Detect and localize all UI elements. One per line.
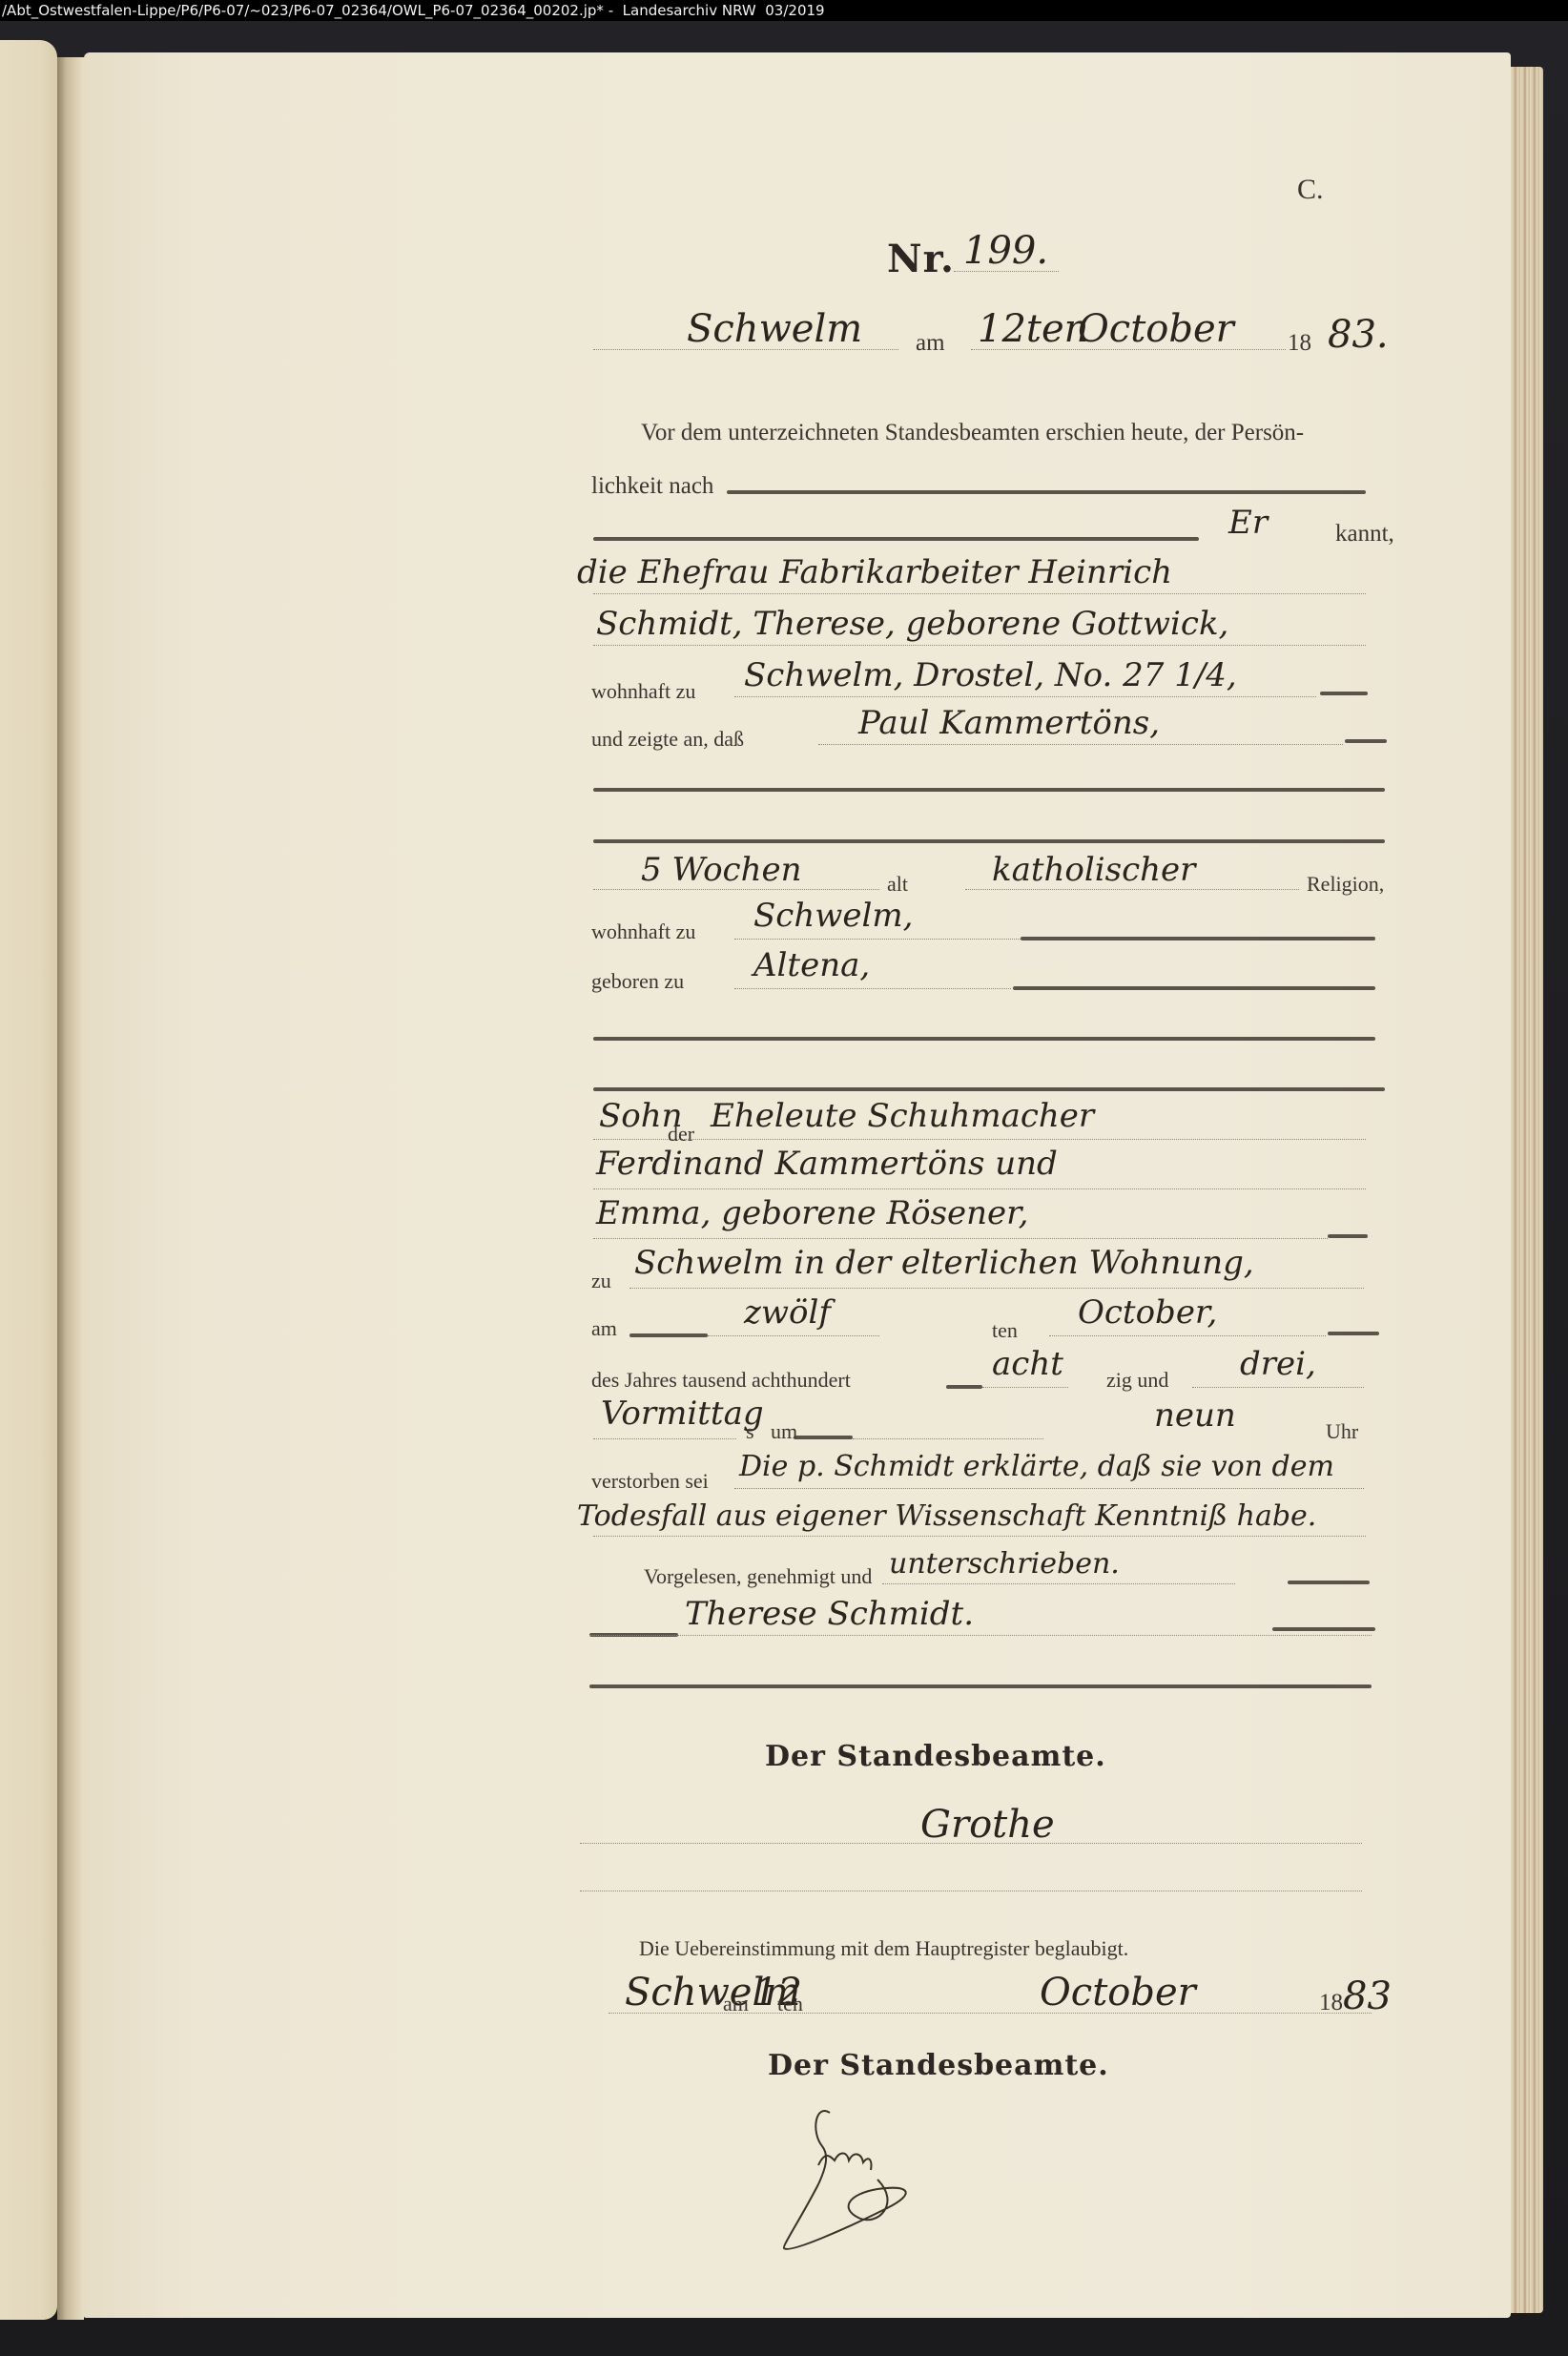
intro-line-2: lichkeit nach xyxy=(591,473,713,500)
parents-line-2: Ferdinand Kammertöns und xyxy=(596,1145,1058,1183)
time-um: um xyxy=(771,1419,797,1444)
informant-line-1: die Ehefrau Fabrikarbeiter Heinrich xyxy=(577,553,1172,591)
fill-rule xyxy=(1272,1627,1375,1631)
ruled-line xyxy=(593,593,1366,594)
record-year-prefix: 18 xyxy=(1288,330,1311,357)
parents-line-1: Eheleute Schuhmacher xyxy=(711,1097,1094,1135)
signature-flourish-icon xyxy=(734,2094,944,2265)
ruled-line xyxy=(580,1891,1362,1891)
ruled-line xyxy=(1192,1387,1364,1388)
record-month: October xyxy=(1078,307,1234,351)
record-place: Schwelm xyxy=(687,307,862,351)
fill-rule xyxy=(629,1333,708,1337)
fill-rule xyxy=(1320,692,1368,695)
fill-rule xyxy=(1288,1581,1370,1584)
age-value: 5 Wochen xyxy=(641,851,802,889)
year-label: des Jahres tausend achthundert xyxy=(591,1368,851,1393)
cert-signature-flourish xyxy=(734,2094,944,2265)
birthplace-label: geboren zu xyxy=(591,969,684,994)
death-day-value: zwölf xyxy=(744,1293,831,1332)
death-place-value: Schwelm in der elterlichen Wohnung, xyxy=(634,1244,1254,1282)
note-line-1: Die p. Schmidt erklärte, daß sie von dem xyxy=(739,1450,1334,1483)
time-s: s xyxy=(746,1419,754,1444)
year-zig: zig und xyxy=(1106,1368,1168,1393)
ruled-line xyxy=(629,1288,1364,1289)
section-letter: C. xyxy=(1297,174,1324,206)
ruled-line xyxy=(593,1188,1366,1189)
fill-rule xyxy=(1328,1332,1379,1335)
deceased-name: Paul Kammertöns, xyxy=(858,704,1160,742)
ruled-line xyxy=(593,645,1366,646)
read-label: Vorgelesen, genehmigt und xyxy=(644,1564,872,1589)
cert-ten: ten xyxy=(777,1992,803,2016)
ruled-line xyxy=(1049,1335,1326,1336)
deceased-residence-label: wohnhaft zu xyxy=(591,920,695,944)
ruled-line xyxy=(593,889,879,890)
ruled-line xyxy=(734,988,1011,989)
record-number-value: 199. xyxy=(963,229,1048,273)
death-day-label: am xyxy=(591,1316,617,1341)
fill-rule xyxy=(946,1385,982,1389)
fill-rule xyxy=(593,1037,1375,1041)
fill-rule xyxy=(794,1436,853,1439)
ruled-line xyxy=(982,1387,1068,1388)
registrar-signature: Grothe xyxy=(920,1803,1055,1847)
certification-text: Die Uebereinstimmung mit dem Hauptregist… xyxy=(639,1936,1128,1961)
deceased-label: verstorben sei xyxy=(591,1469,709,1494)
age-label: alt xyxy=(887,872,908,897)
time-of-day: Vormittag xyxy=(601,1395,764,1433)
fill-rule xyxy=(1013,986,1375,990)
ruled-line xyxy=(965,889,1299,890)
year-units: drei, xyxy=(1240,1345,1316,1383)
informant-signature: Therese Schmidt. xyxy=(685,1595,974,1633)
fill-rule xyxy=(593,537,1199,541)
fill-rule xyxy=(1021,937,1375,940)
intro-line-1: Vor dem unterzeichneten Standesbeamten e… xyxy=(641,420,1304,446)
ruled-line xyxy=(853,1438,1043,1439)
parents-line-3: Emma, geborene Rösener, xyxy=(596,1194,1029,1232)
record-day: 12ten xyxy=(978,307,1088,351)
ruled-line xyxy=(593,1238,1328,1239)
fill-rule xyxy=(1345,739,1387,743)
fill-rule xyxy=(593,788,1385,792)
known-handwritten: Er xyxy=(1228,504,1268,542)
death-record: C. Nr. 199. Schwelm am 12ten October 18 … xyxy=(0,0,1568,2356)
ruled-line xyxy=(589,1635,1372,1636)
residence-value: Schwelm, Drostel, No. 27 1/4, xyxy=(744,656,1237,694)
cert-heading: Der Standesbeamte. xyxy=(768,2049,1109,2082)
fill-rule xyxy=(593,839,1385,843)
note-line-2: Todesfall aus eigener Wissenschaft Kennt… xyxy=(577,1499,1316,1533)
ruled-line xyxy=(734,1488,1364,1489)
ruled-line xyxy=(818,744,1343,745)
death-month: October, xyxy=(1078,1293,1217,1332)
ruled-line xyxy=(708,1335,879,1336)
time-hour: neun xyxy=(1154,1396,1236,1435)
time-uhr: Uhr xyxy=(1326,1419,1358,1444)
record-year-suffix: 83. xyxy=(1328,313,1389,357)
death-place-label: zu xyxy=(591,1269,611,1293)
religion-label: Religion, xyxy=(1307,872,1384,897)
residence-label: wohnhaft zu xyxy=(591,679,695,704)
deceased-residence-value: Schwelm, xyxy=(753,897,913,935)
religion-value: katholischer xyxy=(992,851,1195,889)
death-day-suffix: ten xyxy=(992,1318,1018,1343)
informant-line-2: Schmidt, Therese, geborene Gottwick, xyxy=(596,605,1228,643)
reported-label: und zeigte an, daß xyxy=(591,727,744,752)
fill-rule xyxy=(589,1684,1372,1688)
ruled-line xyxy=(734,696,1316,697)
fill-rule xyxy=(1328,1234,1368,1238)
birthplace-value: Altena, xyxy=(753,946,870,984)
year-tens: acht xyxy=(992,1345,1063,1383)
fill-rule xyxy=(593,1087,1385,1091)
ruled-line xyxy=(593,1536,1366,1537)
parents-der: der xyxy=(668,1122,694,1147)
cert-year-suffix: 83 xyxy=(1343,1974,1392,2018)
ruled-line xyxy=(734,939,1021,940)
cert-month: October xyxy=(1040,1971,1196,2015)
fill-rule xyxy=(727,490,1366,494)
record-number-label: Nr. xyxy=(887,237,955,281)
ruled-line xyxy=(593,1438,736,1439)
known-printed: kannt, xyxy=(1335,521,1394,548)
ruled-line xyxy=(882,1583,1235,1584)
cert-year-prefix: 18 xyxy=(1319,1990,1343,2016)
read-value: unterschrieben. xyxy=(889,1547,1120,1581)
record-am-label: am xyxy=(916,330,945,357)
cert-am: am xyxy=(723,1992,749,2016)
ruled-line xyxy=(593,1139,1366,1140)
registrar-heading: Der Standesbeamte. xyxy=(765,1740,1106,1773)
